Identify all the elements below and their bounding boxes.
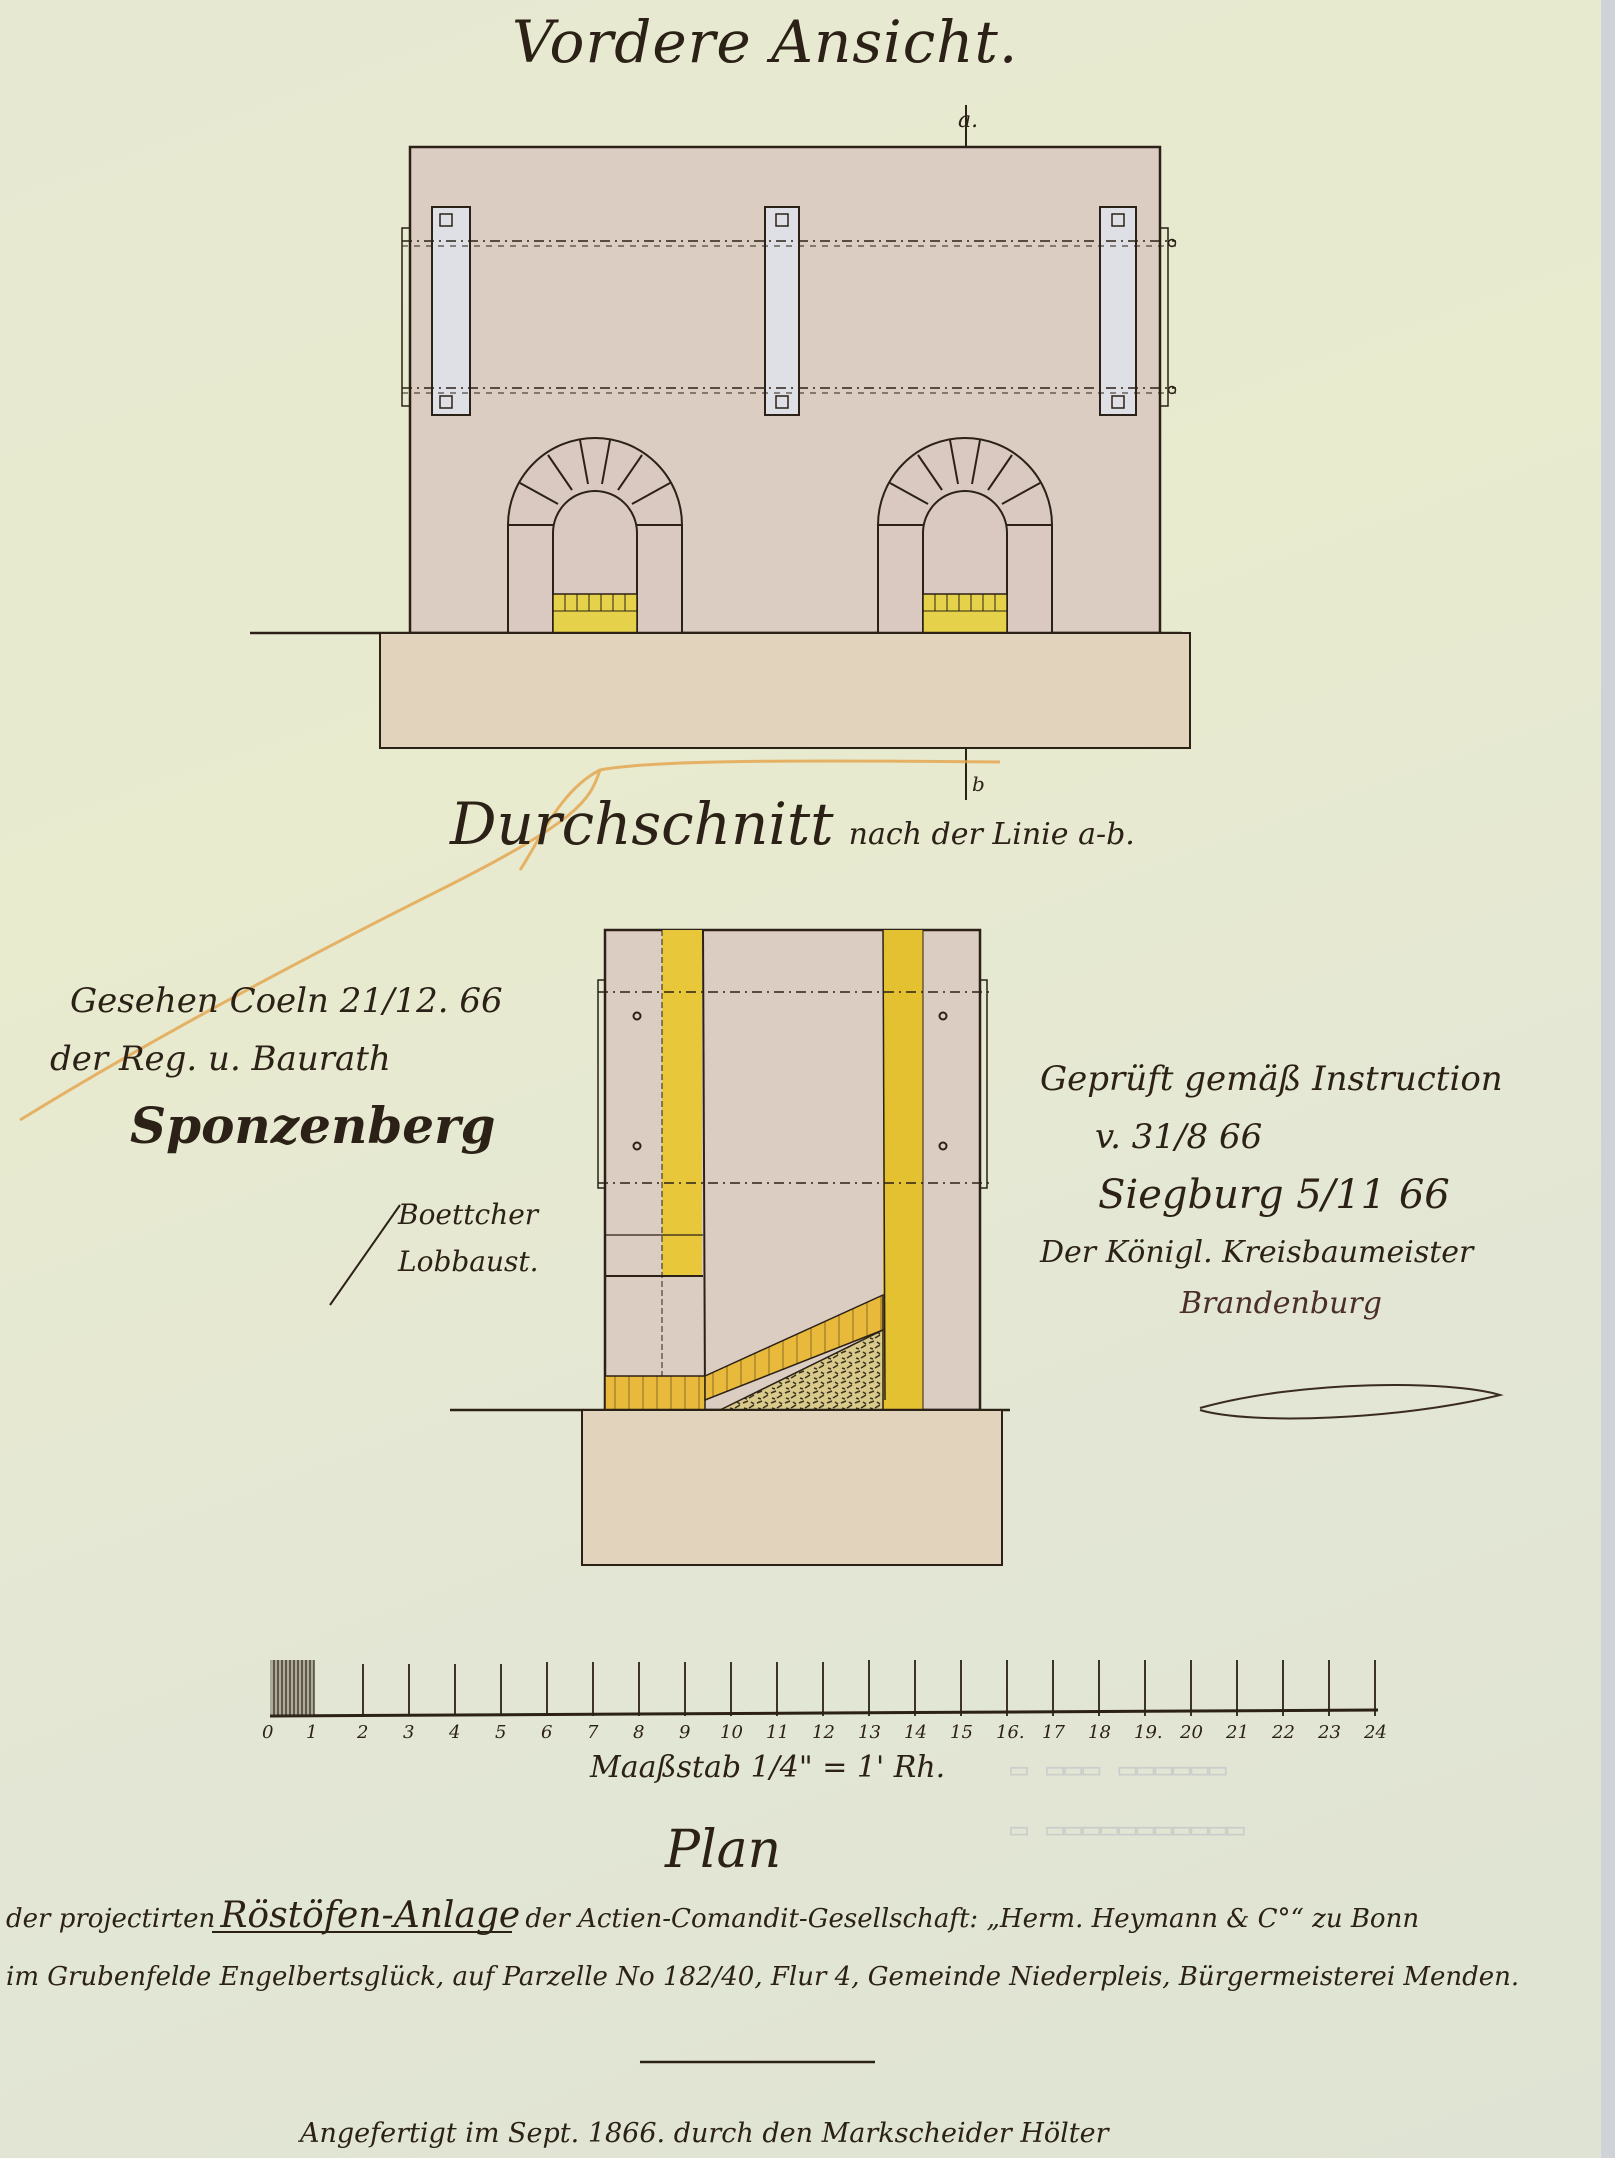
tick-label: 15 <box>950 1722 973 1743</box>
tick-label: 22 <box>1272 1722 1295 1743</box>
note-right-line1: Geprüft gemäß Instruction <box>1040 1050 1503 1108</box>
tick-label: 6 <box>541 1722 552 1743</box>
title-line-1: der projectirten Röstöfen-Anlage der Act… <box>6 1895 1419 1936</box>
title-line1-emphasis: Röstöfen-Anlage <box>220 1895 520 1936</box>
tick-label: 2 <box>357 1722 368 1743</box>
tick-label: 4 <box>449 1722 460 1743</box>
arch-right <box>878 438 1052 633</box>
tick-label: 18 <box>1088 1722 1111 1743</box>
front-elevation <box>250 105 1190 800</box>
cosign-line1: Boettcher <box>398 1198 539 1231</box>
title-line-2: im Grubenfelde Engelbertsglück, auf Parz… <box>6 1962 1519 1992</box>
title-line1-prefix: der projectirten <box>6 1904 215 1934</box>
tick-label: 16. <box>996 1722 1025 1743</box>
note-left-line2: der Reg. u. Baurath <box>50 1030 503 1088</box>
plan-heading: Plan <box>665 1820 781 1880</box>
cosign-line2: Lobbaust. <box>398 1245 539 1278</box>
note-left-line1: Gesehen Coeln 21/12. 66 <box>70 972 503 1030</box>
approval-note-left: Gesehen Coeln 21/12. 66 der Reg. u. Baur… <box>70 972 503 1155</box>
tick-label: 12 <box>812 1722 835 1743</box>
tick-label: 1 <box>306 1722 317 1743</box>
scale-caption: Maaßstab 1/4" = 1' Rh. <box>590 1750 945 1785</box>
tick-label: 19. <box>1134 1722 1163 1743</box>
tick-label: 5 <box>495 1722 506 1743</box>
archive-stamp: ▭ ▭▭▭ ▭▭▭▭▭▭ <box>1010 1752 1227 1787</box>
title-line1-suffix: der Actien-Comandit-Gesellschaft: „Herm.… <box>525 1904 1419 1934</box>
section-marker-a: a. <box>958 108 978 133</box>
tick-label: 24 <box>1364 1722 1387 1743</box>
tick-label: 8 <box>633 1722 644 1743</box>
approval-note-right: Geprüft gemäß Instruction v. 31/8 66 Sie… <box>1040 1050 1503 1321</box>
tick-label: 13 <box>858 1722 881 1743</box>
tick-label: 11 <box>766 1722 789 1743</box>
arch-left <box>508 438 682 633</box>
tick-label: 7 <box>587 1722 598 1743</box>
tick-label: 20 <box>1180 1722 1203 1743</box>
tick-label: 21 <box>1226 1722 1249 1743</box>
cosign-left: Boettcher Lobbaust. <box>398 1198 539 1278</box>
section-marker-b: b <box>972 772 985 796</box>
tick-label: 17 <box>1042 1722 1065 1743</box>
note-right-line4: Der Königl. Kreisbaumeister <box>1040 1224 1503 1282</box>
tick-label: 10 <box>720 1722 743 1743</box>
archive-stamp: ▭ ▭▭▭▭▭▭▭▭▭▭▭ <box>1010 1812 1245 1847</box>
front-view-title: Vordere Ansicht. <box>512 8 1018 76</box>
tick-label: 9 <box>679 1722 690 1743</box>
note-right-line2: v. 31/8 66 <box>1095 1108 1503 1166</box>
signature-flourish-right <box>1200 1385 1500 1418</box>
tick-label: 23 <box>1318 1722 1341 1743</box>
note-left-signature: Sponzenberg <box>130 1096 503 1155</box>
note-right-line3: Siegburg 5/11 66 <box>1098 1166 1503 1224</box>
signature-flourish-left <box>330 1205 400 1305</box>
section-subtitle: nach der Linie a-b. <box>849 817 1135 852</box>
section-title: Durchschnitt <box>450 790 834 858</box>
section-heading: Durchschnitt nach der Linie a-b. <box>450 790 1135 858</box>
scale-bar-ticks: 0 1 2 3 4 5 6 7 8 9 10 11 12 13 14 15 16… <box>262 1722 1392 1752</box>
tick-label: 14 <box>904 1722 927 1743</box>
tick-label: 3 <box>403 1722 414 1743</box>
scale-bar <box>270 1660 1378 1716</box>
footer-note: Angefertigt im Sept. 1866. durch den Mar… <box>300 2118 1109 2149</box>
note-right-signature: Brandenburg <box>1180 1286 1503 1321</box>
tick-label: 0 <box>262 1722 273 1743</box>
